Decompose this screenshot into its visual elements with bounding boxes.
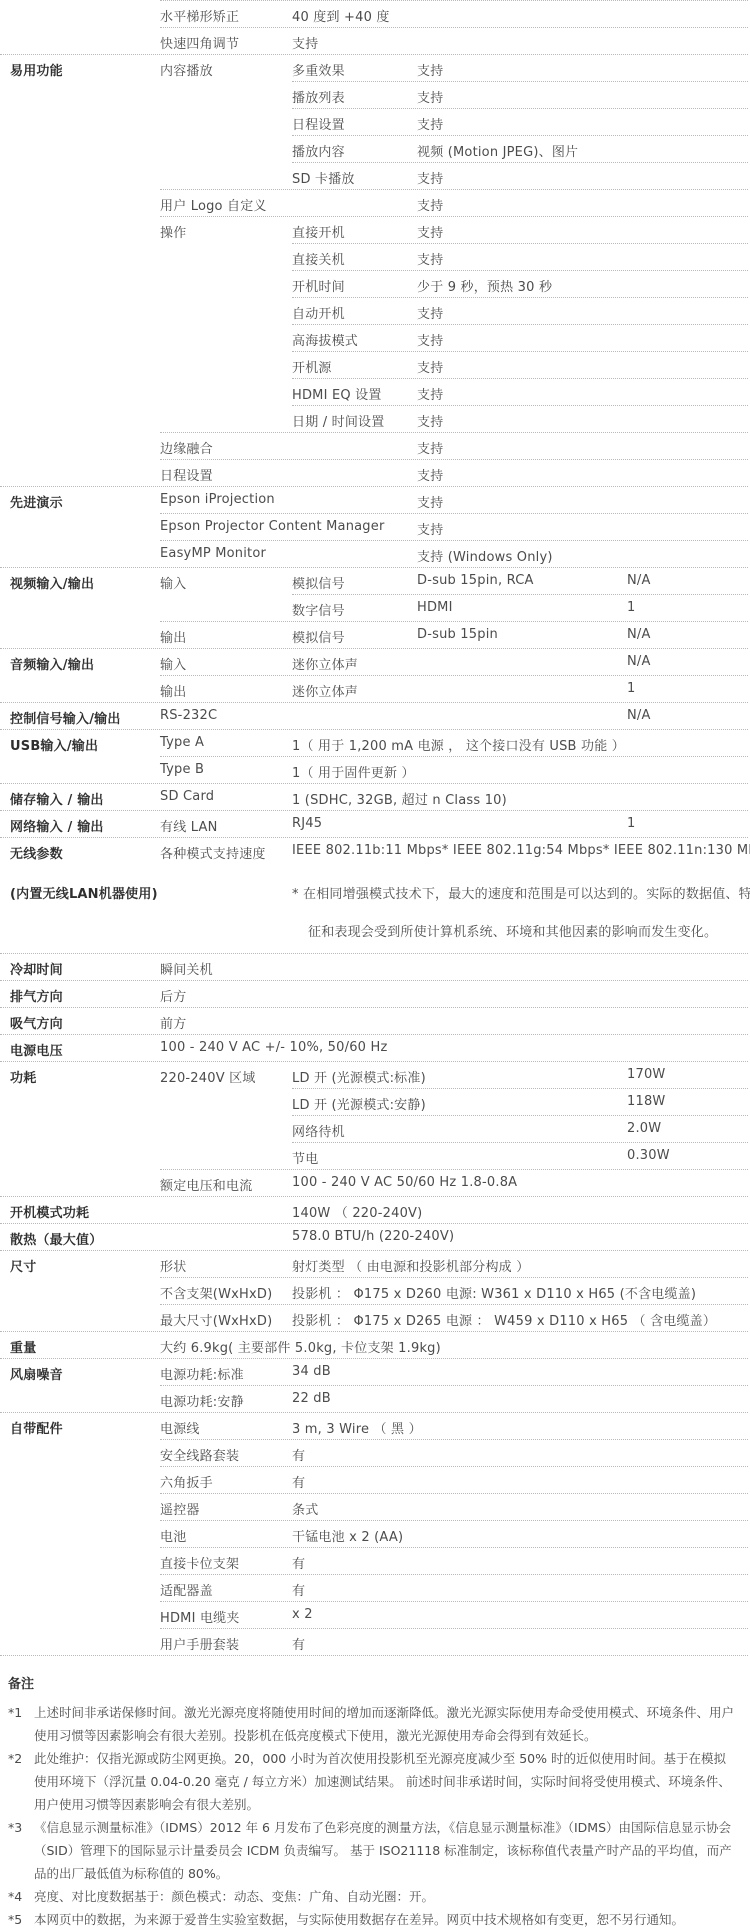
spec-cell: 有 [292,1634,305,1653]
row-separator [0,783,748,784]
spec-section-label: 风扇噪音 [10,1364,63,1383]
spec-section-label: 尺寸 [10,1256,36,1275]
spec-row: 无线参数各种模式支持速度IEEE 802.11b:11 Mbps* IEEE 8… [0,837,750,877]
spec-row: 电池干锰电池 x 2 (AA) [0,1520,750,1547]
spec-cell: 日程设置 [292,114,345,133]
spec-cell: 自动开机 [292,303,345,322]
row-separator [160,1466,748,1467]
row-separator [160,1277,748,1278]
spec-cell: 100 - 240 V AC 50/60 Hz 1.8-0.8A [292,1175,517,1190]
spec-cell: N/A [627,654,651,669]
spec-cell: 迷你立体声 [292,681,358,700]
spec-cell: 支持 [417,519,443,538]
spec-row: 电源功耗:安静22 dB [0,1385,750,1412]
spec-cell: LD 开 (光源模式:安静) [292,1094,426,1113]
spec-cell: 支持 [417,87,443,106]
spec-cell: 模拟信号 [292,573,345,592]
row-separator [160,1385,748,1386]
spec-row: 储存输入 / 输出SD Card1 (SDHC, 32GB, 超过 n Clas… [0,783,750,810]
spec-cell: 数字信号 [292,600,345,619]
spec-cell: 播放内容 [292,141,345,160]
spec-cell: 高海拔模式 [292,330,358,349]
spec-row [0,1655,750,1657]
row-separator [160,1493,748,1494]
spec-row: 额定电压和电流100 - 240 V AC 50/60 Hz 1.8-0.8A [0,1169,750,1196]
row-separator [0,1007,748,1008]
row-separator [160,1520,748,1521]
spec-cell: 迷你立体声 [292,654,358,673]
spec-cell: 干锰电池 x 2 (AA) [292,1526,403,1545]
row-separator [160,459,748,460]
note-item: *2此处维护：仅指光源或防尘网更换。20，000 小时为首次使用投影机至光源亮度… [8,1747,738,1816]
spec-row: 开机源支持 [0,351,750,378]
row-separator [0,1196,748,1197]
spec-row: 适配器盖有 [0,1574,750,1601]
row-separator [292,1142,748,1143]
spec-row: 自带配件电源线3 m, 3 Wire （ 黑 ） [0,1412,750,1439]
spec-cell: 支持 [417,384,443,403]
spec-row: 六角扳手有 [0,1466,750,1493]
spec-cell: N/A [627,627,651,642]
spec-row: 音频输入/输出输入迷你立体声N/A [0,648,750,675]
spec-cell: Type B [160,762,204,777]
spec-cell: 额定电压和电流 [160,1175,252,1194]
spec-section-label: 功耗 [10,1067,36,1086]
spec-cell: SD 卡播放 [292,168,355,187]
row-separator [160,1304,748,1305]
spec-row: 遥控器条式 [0,1493,750,1520]
spec-row: 最大尺寸(WxHxD)投影机 ： Φ175 x D265 电源 ： W459 x… [0,1304,750,1331]
row-separator [0,54,748,55]
row-separator [292,297,748,298]
spec-cell: 多重效果 [292,60,345,79]
spec-cell: 1（ 用于固件更新 ） [292,762,415,781]
row-separator [160,1628,748,1629]
spec-section-label: 排气方向 [10,986,63,1005]
spec-row: 开机时间少于 9 秒，预热 30 秒 [0,270,750,297]
spec-cell: 少于 9 秒，预热 30 秒 [417,276,552,295]
spec-cell: 投影机 ： Φ175 x D265 电源 ： W459 x D110 x H65… [292,1310,716,1329]
row-separator [292,108,748,109]
spec-cell: 模拟信号 [292,627,345,646]
spec-cell: 快速四角调节 [160,33,239,52]
row-separator [160,621,748,622]
spec-cell: 最大尺寸(WxHxD) [160,1310,272,1329]
spec-cell: 支持 [417,411,443,430]
spec-row: 用户 Logo 自定义支持 [0,189,750,216]
notes-list: *1上述时间非承诺保修时间。激光光源亮度将随使用时间的增加而逐渐降低。激光光源实… [8,1701,738,1931]
row-separator [0,486,748,487]
spec-cell: 支持 [292,33,318,52]
spec-row: 控制信号输入/输出RS-232CN/A [0,702,750,729]
spec-cell: N/A [627,708,651,723]
spec-cell: 1（ 用于 1,200 mA 电源 ， 这个接口没有 USB 功能 ） [292,735,625,754]
spec-section-label: 网络输入 / 输出 [10,816,104,835]
row-separator [0,1034,748,1035]
spec-cell: 140W （ 220-240V) [292,1202,422,1221]
note-marker: *3 [8,1816,34,1885]
spec-cell: 操作 [160,222,186,241]
spec-cell: 节电 [292,1148,318,1167]
spec-section-label: 音频输入/输出 [10,654,94,673]
spec-cell: 后方 [160,986,186,1005]
spec-table: 水平梯形矫正40 度到 +40 度快速四角调节支持易用功能内容播放多重效果支持播… [0,0,750,1657]
spec-cell: HDMI EQ 设置 [292,384,382,403]
note-item: *5本网页中的数据，为来源于爱普生实验室数据，与实际使用数据存在差异。网页中技术… [8,1908,738,1931]
spec-cell: 支持 [417,357,443,376]
spec-cell: 34 dB [292,1364,331,1379]
spec-cell: 电池 [160,1526,186,1545]
spec-row: 直接关机支持 [0,243,750,270]
row-separator [160,1547,748,1548]
row-separator [292,270,748,271]
row-separator [292,378,748,379]
row-separator [160,756,748,757]
spec-cell: 用户 Logo 自定义 [160,195,267,214]
spec-row: 节电0.30W [0,1142,750,1169]
spec-row: 网络待机2.0W [0,1115,750,1142]
row-separator [292,1088,748,1089]
spec-row: 播放内容视频 (Motion JPEG)、图片 [0,135,750,162]
row-separator [0,648,748,649]
spec-cell: 118W [627,1094,665,1109]
spec-cell: 有 [292,1445,305,1464]
spec-row: Type B1（ 用于固件更新 ） [0,756,750,783]
spec-cell: RJ45 [292,816,322,831]
notes-section: 备注 *1上述时间非承诺保修时间。激光光源亮度将随使用时间的增加而逐渐降低。激光… [0,1657,750,1931]
spec-cell: 支持 [417,60,443,79]
spec-section-label: (内置无线LAN机器使用) [10,883,158,902]
spec-section-label: 吸气方向 [10,1013,63,1032]
spec-page: 水平梯形矫正40 度到 +40 度快速四角调节支持易用功能内容播放多重效果支持播… [0,0,750,1932]
spec-cell: HDMI [417,600,453,615]
spec-cell: 网络待机 [292,1121,345,1140]
spec-row: 先进演示Epson iProjection支持 [0,486,750,513]
spec-row: 易用功能内容播放多重效果支持 [0,54,750,81]
row-separator [292,135,748,136]
spec-cell: HDMI 电缆夹 [160,1607,240,1626]
spec-cell: RS-232C [160,708,217,723]
spec-cell: 3 m, 3 Wire （ 黑 ） [292,1418,422,1437]
spec-row: 风扇噪音电源功耗:标准34 dB [0,1358,750,1385]
spec-cell: 直接开机 [292,222,345,241]
note-text: 本网页中的数据，为来源于爱普生实验室数据，与实际使用数据存在差异。网页中技术规格… [34,1908,738,1931]
spec-cell: 220-240V 区域 [160,1067,256,1086]
spec-cell: 安全线路套装 [160,1445,239,1464]
spec-cell: D-sub 15pin [417,627,498,642]
spec-cell: 支持 [417,492,443,511]
spec-cell: 支持 [417,330,443,349]
spec-section-label: 控制信号输入/输出 [10,708,121,727]
row-separator [160,0,748,1]
spec-cell: 水平梯形矫正 [160,6,239,25]
spec-cell: 支持 [417,438,443,457]
row-separator [0,729,748,730]
spec-cell: 开机时间 [292,276,345,295]
note-text: 此处维护：仅指光源或防尘网更换。20，000 小时为首次使用投影机至光源亮度减少… [34,1747,738,1816]
spec-row: 尺寸形状射灯类型 （ 由电源和投影机部分构成 ） [0,1250,750,1277]
spec-cell: 用户手册套装 [160,1634,239,1653]
row-separator [160,675,748,676]
spec-cell: 有 [292,1580,305,1599]
spec-row: 重量大约 6.9kg( 主要部件 5.0kg, 卡位支架 1.9kg) [0,1331,750,1358]
spec-row: 输出模拟信号D-sub 15pinN/A [0,621,750,648]
note-item: *1上述时间非承诺保修时间。激光光源亮度将随使用时间的增加而逐渐降低。激光光源实… [8,1701,738,1747]
row-separator [0,837,748,838]
spec-cell: 日程设置 [160,465,213,484]
spec-section-label: 自带配件 [10,1418,63,1437]
spec-cell: 1 [627,600,635,615]
spec-section-label: 视频输入/输出 [10,573,94,592]
spec-cell: 有 [292,1472,305,1491]
spec-cell: 六角扳手 [160,1472,213,1491]
spec-cell: 电源线 [160,1418,200,1437]
spec-section-label: 散热（最大值） [10,1229,102,1248]
spec-row: 直接卡位支架有 [0,1547,750,1574]
spec-cell: 前方 [160,1013,186,1032]
spec-cell: 直接关机 [292,249,345,268]
row-separator [160,540,748,541]
spec-cell: 日期 / 时间设置 [292,411,384,430]
spec-cell: 0.30W [627,1148,670,1163]
spec-cell: 征和表现会受到所使计算机系统、环境和其他因素的影响而发生变化。 [308,921,717,940]
row-separator [160,1169,748,1170]
spec-row: (内置无线LAN机器使用)* 在相同增强模式技术下，最大的速度和范围是可以达到的… [0,877,750,915]
note-text: 亮度、对比度数据基于：颜色模式：动态、变焦：广角、自动光圈：开。 [34,1885,738,1908]
notes-title: 备注 [8,1673,738,1692]
spec-cell: 遥控器 [160,1499,200,1518]
row-separator [160,1574,748,1575]
spec-cell: 100 - 240 V AC +/- 10%, 50/60 Hz [160,1040,387,1055]
spec-cell: 40 度到 +40 度 [292,6,390,25]
spec-row: EasyMP Monitor支持 (Windows Only) [0,540,750,567]
spec-row: 冷却时间瞬间关机 [0,953,750,980]
spec-cell: D-sub 15pin, RCA [417,573,534,588]
spec-row: LD 开 (光源模式:安静)118W [0,1088,750,1115]
spec-row: 日程设置支持 [0,108,750,135]
row-separator [160,216,748,217]
spec-cell: Epson Projector Content Manager [160,519,385,534]
spec-row: 快速四角调节支持 [0,27,750,54]
spec-section-label: USB输入/输出 [10,735,98,754]
spec-row: 自动开机支持 [0,297,750,324]
spec-cell: EasyMP Monitor [160,546,266,561]
spec-cell: * 在相同增强模式技术下，最大的速度和范围是可以达到的。实际的数据值、特 [292,883,750,902]
spec-row: 功耗220-240V 区域LD 开 (光源模式:标准)170W [0,1061,750,1088]
row-separator [0,1061,748,1062]
spec-cell: 1 [627,816,635,831]
spec-cell: 支持 [417,114,443,133]
spec-cell: 输入 [160,573,186,592]
note-item: *4亮度、对比度数据基于：颜色模式：动态、变焦：广角、自动光圈：开。 [8,1885,738,1908]
spec-cell: 支持 [417,465,443,484]
row-separator [292,81,748,82]
note-text: 《信息显示测量标准》（IDMS）2012 年 6 月发布了色彩亮度的测量方法，《… [34,1816,738,1885]
spec-cell: 支持 [417,168,443,187]
spec-cell: 支持 [417,249,443,268]
row-separator [160,432,748,433]
spec-row: 用户手册套装有 [0,1628,750,1655]
spec-row: SD 卡播放支持 [0,162,750,189]
spec-cell: 输出 [160,627,186,646]
row-separator [160,27,748,28]
spec-cell: 578.0 BTU/h (220-240V) [292,1229,454,1244]
spec-cell: 条式 [292,1499,318,1518]
spec-row: 开机模式功耗140W （ 220-240V) [0,1196,750,1223]
spec-cell: LD 开 (光源模式:标准) [292,1067,426,1086]
row-separator [160,189,748,190]
spec-row: 高海拔模式支持 [0,324,750,351]
spec-section-label: 开机模式功耗 [10,1202,89,1221]
spec-row: 吸气方向前方 [0,1007,750,1034]
row-separator [0,1223,748,1224]
spec-cell: 瞬间关机 [160,959,213,978]
row-separator [292,594,748,595]
row-separator [292,1115,748,1116]
spec-cell: 1 [627,681,635,696]
spec-row: 日期 / 时间设置支持 [0,405,750,432]
note-marker: *5 [8,1908,34,1931]
spec-cell: IEEE 802.11b:11 Mbps* IEEE 802.11g:54 Mb… [292,843,750,858]
spec-row: 排气方向后方 [0,980,750,1007]
spec-row: 网络输入 / 输出有线 LANRJ451 [0,810,750,837]
row-separator [292,351,748,352]
spec-cell: 支持 [417,195,443,214]
row-separator [0,702,748,703]
spec-cell: 大约 6.9kg( 主要部件 5.0kg, 卡位支架 1.9kg) [160,1337,441,1356]
spec-row: Epson Projector Content Manager支持 [0,513,750,540]
spec-section-label: 先进演示 [10,492,63,511]
note-text: 上述时间非承诺保修时间。激光光源亮度将随使用时间的增加而逐渐降低。激光光源实际使… [34,1701,738,1747]
spec-row: 操作直接开机支持 [0,216,750,243]
spec-row: 水平梯形矫正40 度到 +40 度 [0,0,750,27]
spec-cell: 1 (SDHC, 32GB, 超过 n Class 10) [292,789,507,808]
spec-cell: 输入 [160,654,186,673]
row-separator [0,1412,748,1413]
spec-cell: 有 [292,1553,305,1572]
note-marker: *2 [8,1747,34,1816]
spec-row: 播放列表支持 [0,81,750,108]
spec-section-label: 无线参数 [10,843,63,862]
spec-cell: 支持 (Windows Only) [417,546,553,565]
row-separator [0,567,748,568]
spec-row: USB输入/输出Type A1（ 用于 1,200 mA 电源 ， 这个接口没有… [0,729,750,756]
row-separator [292,405,748,406]
spec-cell: 有线 LAN [160,816,218,835]
spec-cell: 适配器盖 [160,1580,213,1599]
note-item: *3《信息显示测量标准》（IDMS）2012 年 6 月发布了色彩亮度的测量方法… [8,1816,738,1885]
spec-cell: 不含支架(WxHxD) [160,1283,272,1302]
spec-cell: x 2 [292,1607,313,1622]
row-separator [160,513,748,514]
spec-cell: 170W [627,1067,665,1082]
spec-cell: 电源功耗:安静 [160,1391,244,1410]
spec-cell: 形状 [160,1256,186,1275]
note-marker: *4 [8,1885,34,1908]
spec-row: 安全线路套装有 [0,1439,750,1466]
spec-cell: 播放列表 [292,87,345,106]
row-separator [0,1331,748,1332]
spec-cell: 边缘融合 [160,438,213,457]
row-separator [0,1250,748,1251]
spec-row: 日程设置支持 [0,459,750,486]
spec-cell: 支持 [417,303,443,322]
row-separator [160,1439,748,1440]
spec-cell: 支持 [417,222,443,241]
row-separator [292,162,748,163]
spec-cell: 输出 [160,681,186,700]
spec-row: 数字信号HDMI1 [0,594,750,621]
row-separator [0,810,748,811]
spec-row: 不含支架(WxHxD)投影机 ： Φ175 x D260 电源: W361 x … [0,1277,750,1304]
spec-cell: 电源功耗:标准 [160,1364,244,1383]
spec-cell: 开机源 [292,357,332,376]
spec-cell: 视频 (Motion JPEG)、图片 [417,141,578,160]
row-separator [160,1601,748,1602]
spec-section-label: 重量 [10,1337,36,1356]
spec-section-label: 储存输入 / 输出 [10,789,104,808]
spec-row: 散热（最大值）578.0 BTU/h (220-240V) [0,1223,750,1250]
spec-section-label: 冷却时间 [10,959,63,978]
spec-row: 征和表现会受到所使计算机系统、环境和其他因素的影响而发生变化。 [0,915,750,953]
spec-row: 视频输入/输出输入模拟信号D-sub 15pin, RCAN/A [0,567,750,594]
row-separator [292,324,748,325]
spec-cell: 22 dB [292,1391,331,1406]
spec-cell: N/A [627,573,651,588]
spec-row: HDMI 电缆夹x 2 [0,1601,750,1628]
spec-row: 边缘融合支持 [0,432,750,459]
spec-cell: 2.0W [627,1121,661,1136]
row-separator [292,243,748,244]
row-separator [0,953,748,954]
spec-cell: 直接卡位支架 [160,1553,239,1572]
row-separator [0,1655,748,1656]
row-separator [0,980,748,981]
spec-row: 电源电压100 - 240 V AC +/- 10%, 50/60 Hz [0,1034,750,1061]
spec-section-label: 电源电压 [10,1040,63,1059]
spec-cell: 射灯类型 （ 由电源和投影机部分构成 ） [292,1256,529,1275]
spec-cell: Epson iProjection [160,492,275,507]
spec-cell: SD Card [160,789,214,804]
spec-cell: 内容播放 [160,60,213,79]
spec-row: 输出迷你立体声1 [0,675,750,702]
spec-section-label: 易用功能 [10,60,63,79]
row-separator [0,1358,748,1359]
note-marker: *1 [8,1701,34,1747]
spec-cell: 投影机 ： Φ175 x D260 电源: W361 x D110 x H65 … [292,1283,696,1302]
spec-cell: Type A [160,735,204,750]
spec-row: HDMI EQ 设置支持 [0,378,750,405]
spec-cell: 各种模式支持速度 [160,843,266,862]
